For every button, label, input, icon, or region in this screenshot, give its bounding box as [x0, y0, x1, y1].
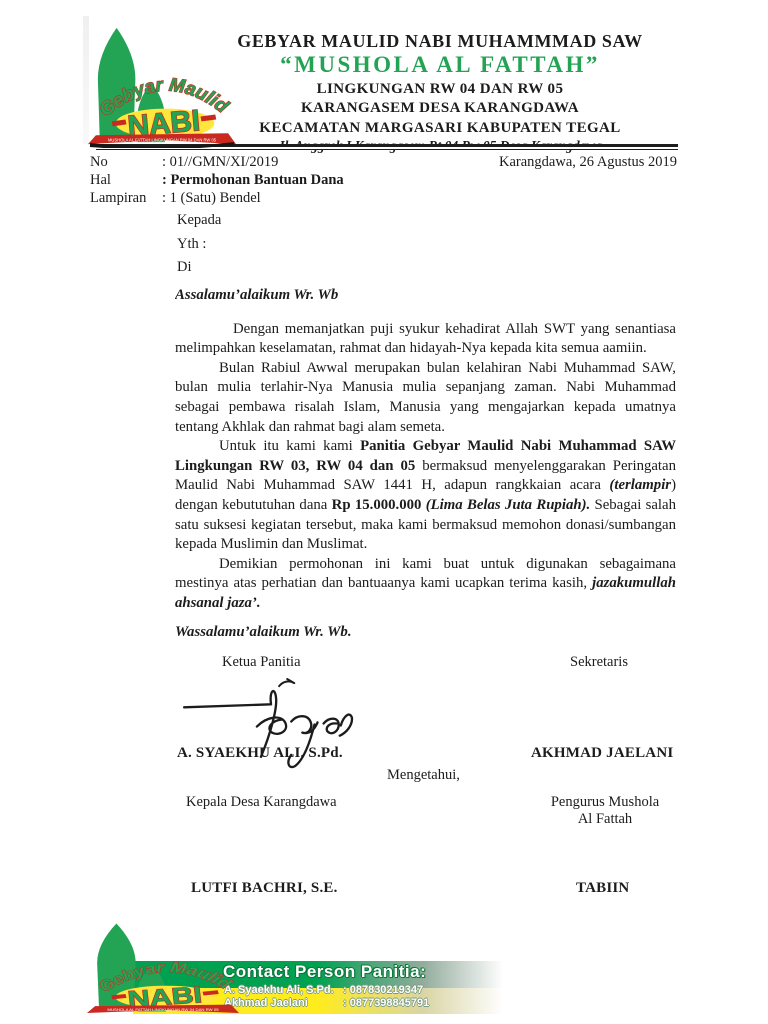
role-pengurus-line2: Al Fattah — [540, 811, 670, 828]
org-name: “MUSHOLA AL FATTAH” — [215, 52, 665, 78]
meta-row-hal: Hal : Permohonan Bantuan Dana — [90, 171, 677, 189]
logo-black-swoosh — [90, 142, 234, 148]
area-line: LINGKUNGAN RW 04 DAN RW 05 — [215, 81, 665, 98]
logo-ribbon-text: MUSHOLA AL FATTAH LINGKUNGAN RW 04 DAN R… — [108, 138, 217, 143]
recipient-kepada: Kepada — [177, 212, 221, 236]
meta-value-hal: : Permohonan Bantuan Dana — [162, 171, 344, 189]
contact-row-2: Akhmad Jaelani : 0877398845791 — [224, 997, 429, 1009]
role-pengurus-line1: Pengurus Mushola — [540, 794, 670, 811]
meta-label: Lampiran — [90, 189, 162, 207]
name-kepala-desa: LUTFI BACHRI, S.E. — [191, 880, 338, 897]
recipient-yth: Yth : — [177, 236, 221, 260]
name-pengurus: TABIIN — [576, 880, 629, 897]
role-ketua-panitia: Ketua Panitia — [222, 654, 301, 671]
role-kepala-desa: Kepala Desa Karangdawa — [186, 794, 337, 811]
contact-phone-1: : 087830219347 — [343, 984, 423, 996]
footer-logo: Gebyar Maulid NABI MUSHOLA AL FATTAH LIN… — [87, 919, 239, 1016]
contact-name-2: Akhmad Jaelani — [224, 997, 343, 1009]
contact-row-1: A. Syaekhu Ali, S.Pd. : 087830219347 — [224, 984, 423, 996]
meta-value-no: : 01//GMN/XI/2019 — [162, 153, 278, 171]
recipient-di: Di — [177, 259, 221, 283]
name-sekretaris: AKHMAD JAELANI — [531, 745, 673, 762]
paragraph-3: Untuk itu kami kami Panitia Gebyar Mauli… — [175, 437, 676, 555]
meta-label: No — [90, 153, 162, 171]
logo-ribbon-text: MUSHOLA AL FATTAH LINGKUNGAN RW 04 DAN R… — [107, 1009, 218, 1012]
opening-salutation: Assalamu’alaikum Wr. Wb — [175, 286, 676, 306]
paragraph-2: Bulan Rabiul Awwal merupakan bulan kelah… — [175, 359, 676, 437]
handwritten-signature — [182, 674, 354, 770]
meta-label: Hal — [90, 171, 162, 189]
district-line: KECAMATAN MARGASARI KABUPATEN TEGAL — [215, 120, 665, 137]
village-line: KARANGASEM DESA KARANGDAWA — [215, 100, 665, 117]
paragraph-4: Demikian permohonan ini kami buat untuk … — [175, 555, 676, 614]
role-sekretaris: Sekretaris — [570, 654, 628, 671]
closing-salutation: Wassalamu’alaikum Wr. Wb. — [175, 623, 676, 643]
letterhead: GEBYAR MAULID NABI MUHAMMMAD SAW “MUSHOL… — [215, 31, 665, 154]
acknowledge-label: Mengetahui, — [387, 767, 460, 784]
letterhead-logo: Gebyar Maulid NABI MUSHOLA AL FATTAH LIN… — [88, 22, 236, 148]
event-title: GEBYAR MAULID NABI MUHAMMMAD SAW — [215, 31, 665, 51]
contact-name-1: A. Syaekhu Ali, S.Pd. — [224, 984, 343, 996]
paragraph-1: Dengan memanjatkan puji syukur kehadirat… — [175, 320, 676, 359]
contact-phone-2: : 0877398845791 — [343, 997, 429, 1009]
recipient-block: Kepada Yth : Di — [177, 212, 221, 283]
meta-value-lampiran: : 1 (Satu) Bendel — [162, 189, 261, 207]
letter-page: Gebyar Maulid NABI MUSHOLA AL FATTAH LIN… — [0, 0, 768, 1024]
role-pengurus-mushola: Pengurus Mushola Al Fattah — [540, 794, 670, 828]
letter-body: Assalamu’alaikum Wr. Wb Dengan memanjatk… — [175, 286, 676, 642]
letter-meta: No : 01//GMN/XI/2019 Hal : Permohonan Ba… — [90, 153, 677, 207]
date-line: Karangdawa, 26 Agustus 2019 — [499, 153, 677, 171]
contact-title: Contact Person Panitia: — [223, 962, 426, 982]
meta-row-lampiran: Lampiran : 1 (Satu) Bendel — [90, 189, 677, 207]
